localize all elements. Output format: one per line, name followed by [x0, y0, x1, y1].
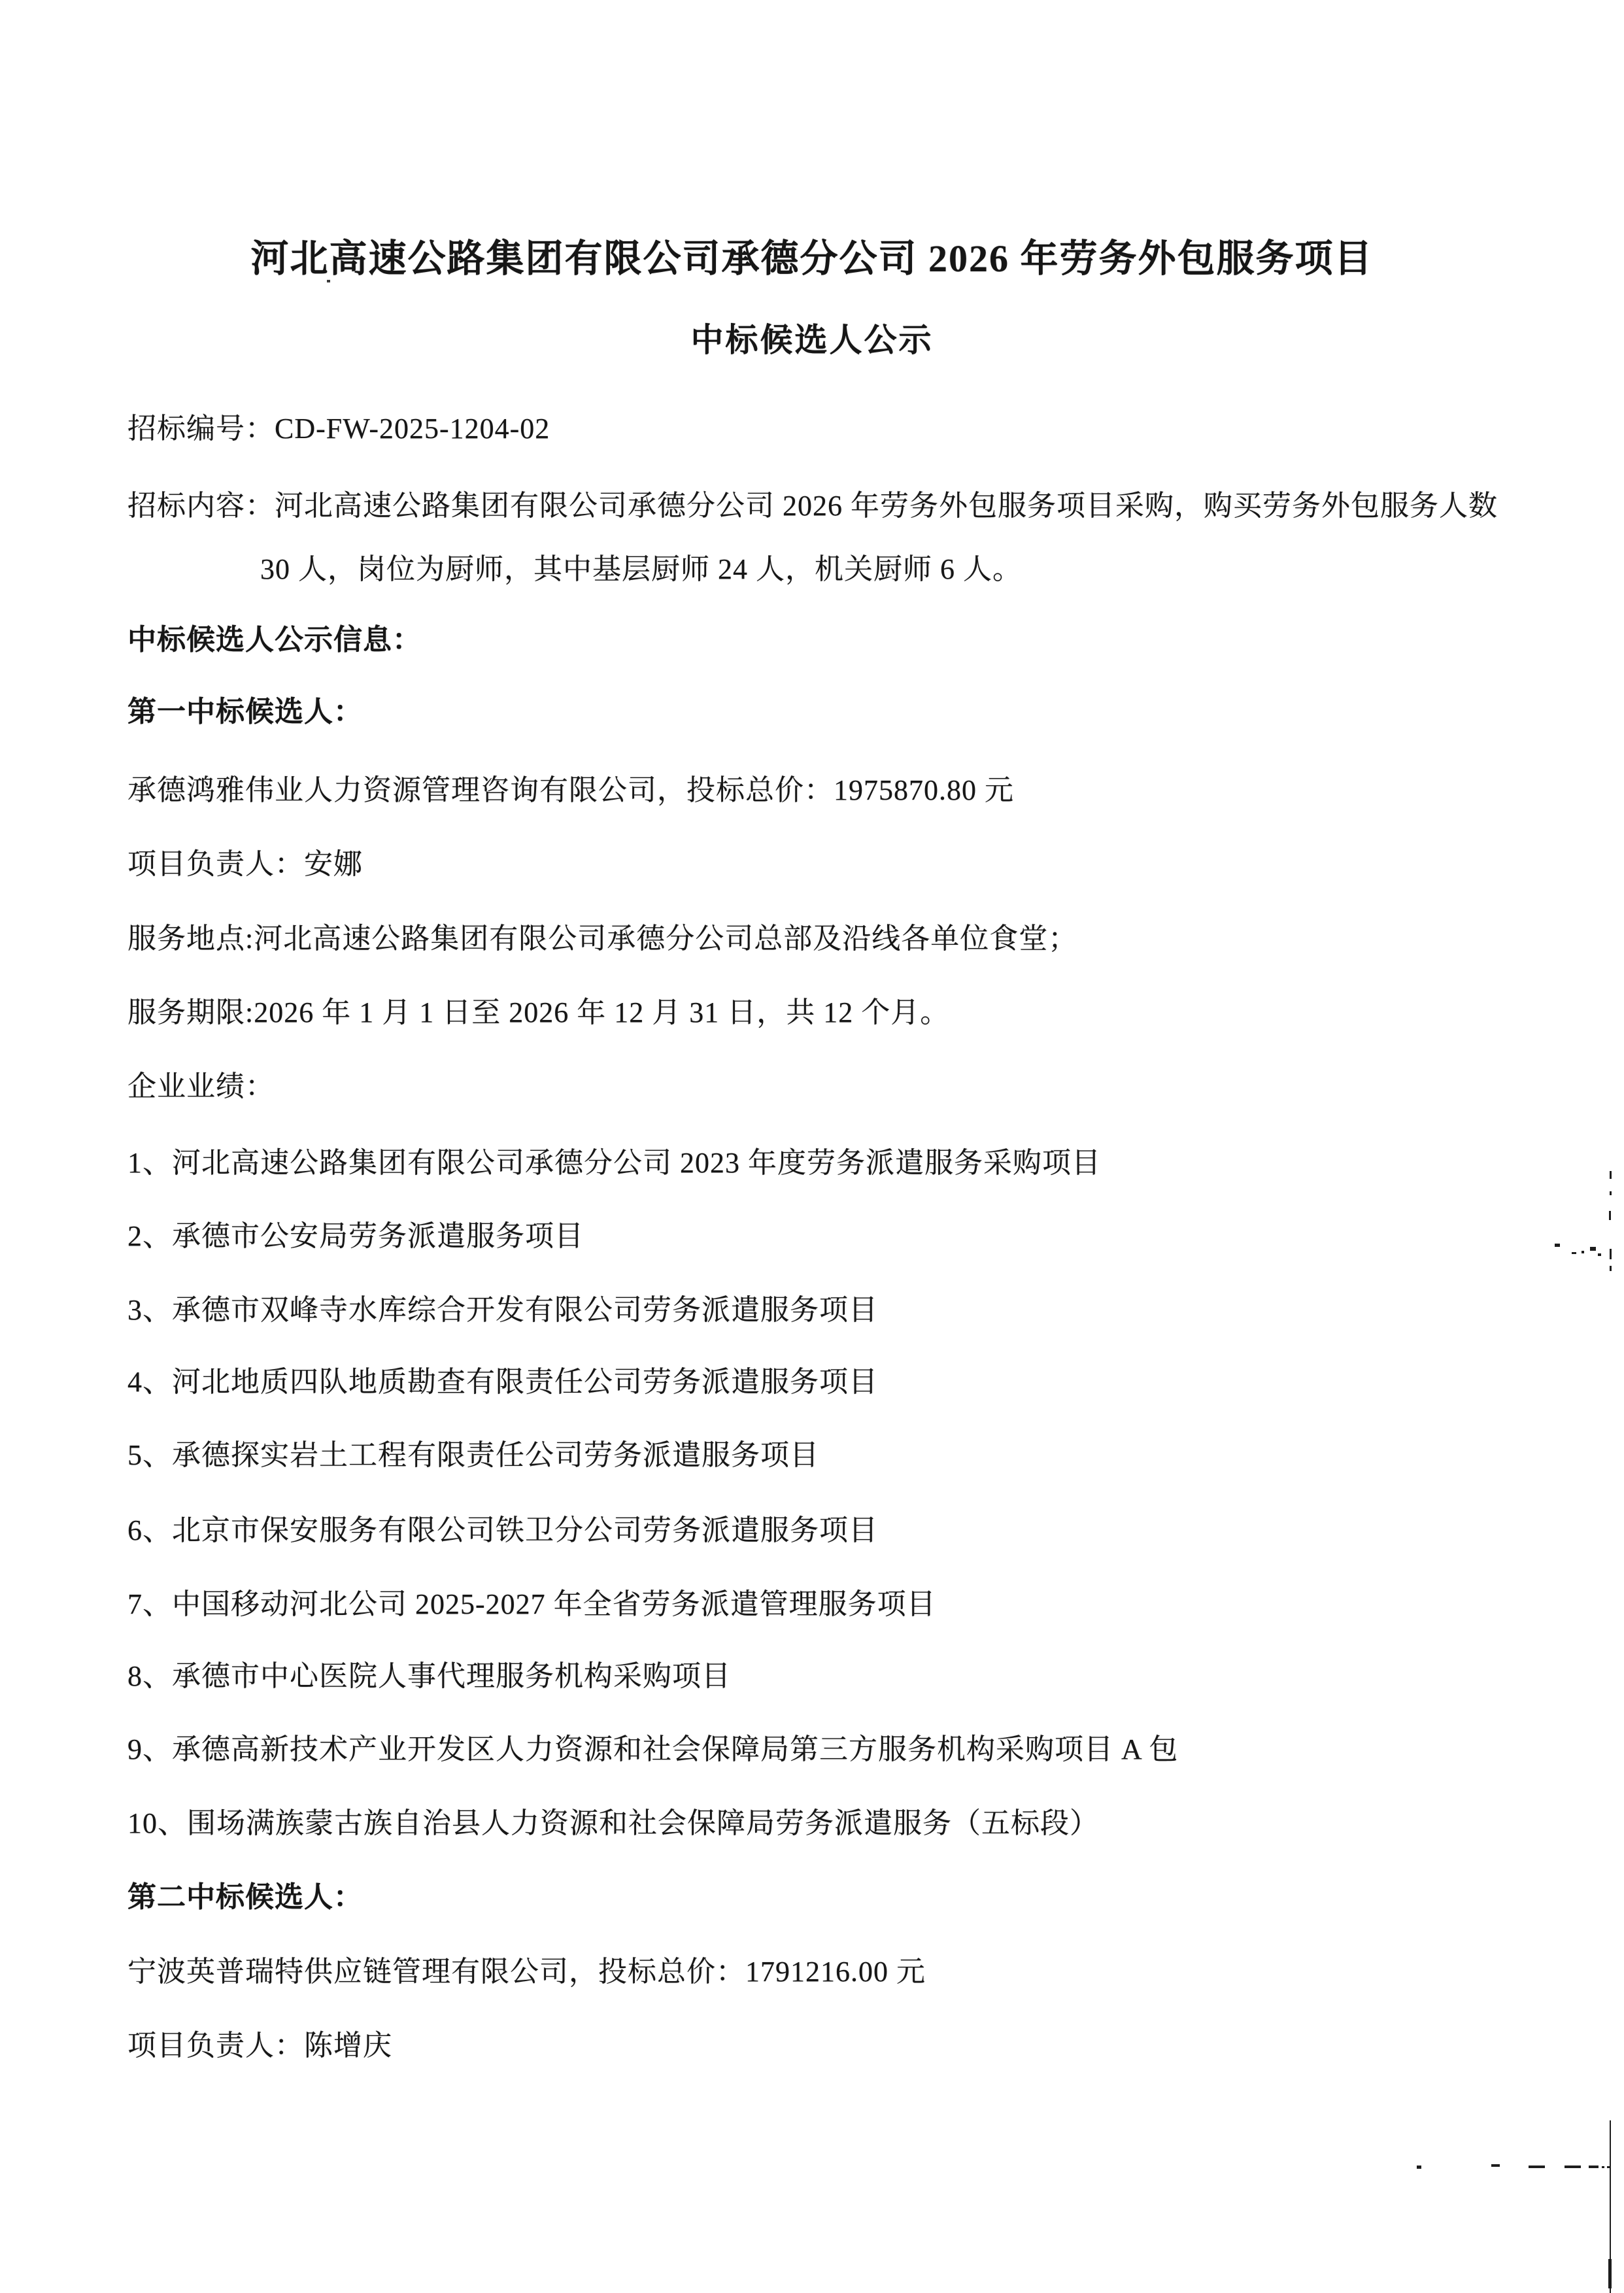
document-title-line2: 中标候选人公示 — [0, 314, 1624, 361]
scan-artifact — [327, 280, 330, 282]
performance-item: 6、北京市保安服务有限公司铁卫分公司劳务派遣服务项目 — [127, 1514, 1546, 1548]
first-candidate-period-line: 服务期限:2026 年 1 月 1 日至 2026 年 12 月 31 日，共 … — [127, 996, 1546, 1030]
scan-artifact — [1608, 2259, 1612, 2288]
performance-item: 3、承德市双峰寺水库综合开发有限公司劳务派遣服务项目 — [127, 1293, 1546, 1327]
second-candidate-heading: 第二中标候选人： — [127, 1880, 1546, 1914]
performance-item: 8、承德市中心医院人事代理服务机构采购项目 — [127, 1659, 1546, 1693]
performance-item: 9、承德高新技术产业开发区人力资源和社会保障局第三方服务机构采购项目 A 包 — [127, 1733, 1546, 1767]
first-candidate-company-line: 承德鸿雅伟业人力资源管理咨询有限公司，投标总价：1975870.80 元 — [127, 773, 1546, 807]
performance-item: 5、承德探实岩土工程有限责任公司劳务派遣服务项目 — [127, 1438, 1546, 1472]
first-candidate-heading: 第一中标候选人： — [127, 695, 1546, 729]
scan-artifact — [1590, 1247, 1596, 1251]
performance-item: 10、围场满族蒙古族自治县人力资源和社会保障局劳务派遣服务（五标段） — [127, 1807, 1546, 1841]
performance-item: 7、中国移动河北公司 2025-2027 年全省劳务派遣管理服务项目 — [127, 1588, 1546, 1622]
scan-artifact — [1609, 1211, 1611, 1220]
scanned-document-page: 河北高速公路集团有限公司承德分公司 2026 年劳务外包服务项目 中标候选人公示… — [0, 0, 1624, 2293]
document-title-line1: 河北高速公路集团有限公司承德分公司 2026 年劳务外包服务项目 — [0, 228, 1624, 282]
scan-artifact — [1491, 2164, 1500, 2167]
scan-artifact — [1610, 1191, 1612, 1195]
first-candidate-manager-line: 项目负责人：安娜 — [127, 847, 1546, 881]
first-candidate-location-line: 服务地点:河北高速公路集团有限公司承德分公司总部及沿线各单位食堂； — [127, 922, 1546, 956]
performance-heading: 企业业绩： — [127, 1070, 1546, 1104]
scan-artifact — [1565, 2166, 1581, 2168]
scan-artifact — [1598, 1253, 1601, 1256]
scan-artifact — [1602, 2166, 1604, 2168]
scan-artifact — [1417, 2166, 1421, 2169]
scan-artifact — [1555, 1244, 1560, 1247]
second-candidate-manager-line: 项目负责人：陈增庆 — [127, 2029, 1546, 2063]
tender-number-line: 招标编号：CD-FW-2025-1204-02 — [127, 412, 1546, 446]
tender-content-line2: 30 人，岗位为厨师，其中基层厨师 24 人，机关厨师 6 人。 — [260, 552, 1546, 586]
scan-artifact — [1572, 1252, 1576, 1254]
scan-artifact — [1610, 1266, 1612, 1271]
scan-artifact — [1610, 1171, 1612, 1179]
performance-item: 1、河北高速公路集团有限公司承德分公司 2023 年度劳务派遣服务采购项目 — [127, 1146, 1546, 1180]
announce-info-heading: 中标候选人公示信息： — [127, 623, 1546, 657]
tender-content-line1: 招标内容：河北高速公路集团有限公司承德分公司 2026 年劳务外包服务项目采购，… — [127, 489, 1546, 523]
scan-artifact — [1610, 1249, 1612, 1259]
second-candidate-company-line: 宁波英普瑞特供应链管理有限公司，投标总价：1791216.00 元 — [127, 1955, 1546, 1989]
scan-artifact — [1589, 2166, 1599, 2168]
scan-artifact — [1529, 2166, 1545, 2168]
performance-item: 4、河北地质四队地质勘查有限责任公司劳务派遣服务项目 — [127, 1365, 1546, 1399]
scan-artifact — [1582, 1251, 1584, 1253]
performance-item: 2、承德市公安局劳务派遣服务项目 — [127, 1219, 1546, 1253]
